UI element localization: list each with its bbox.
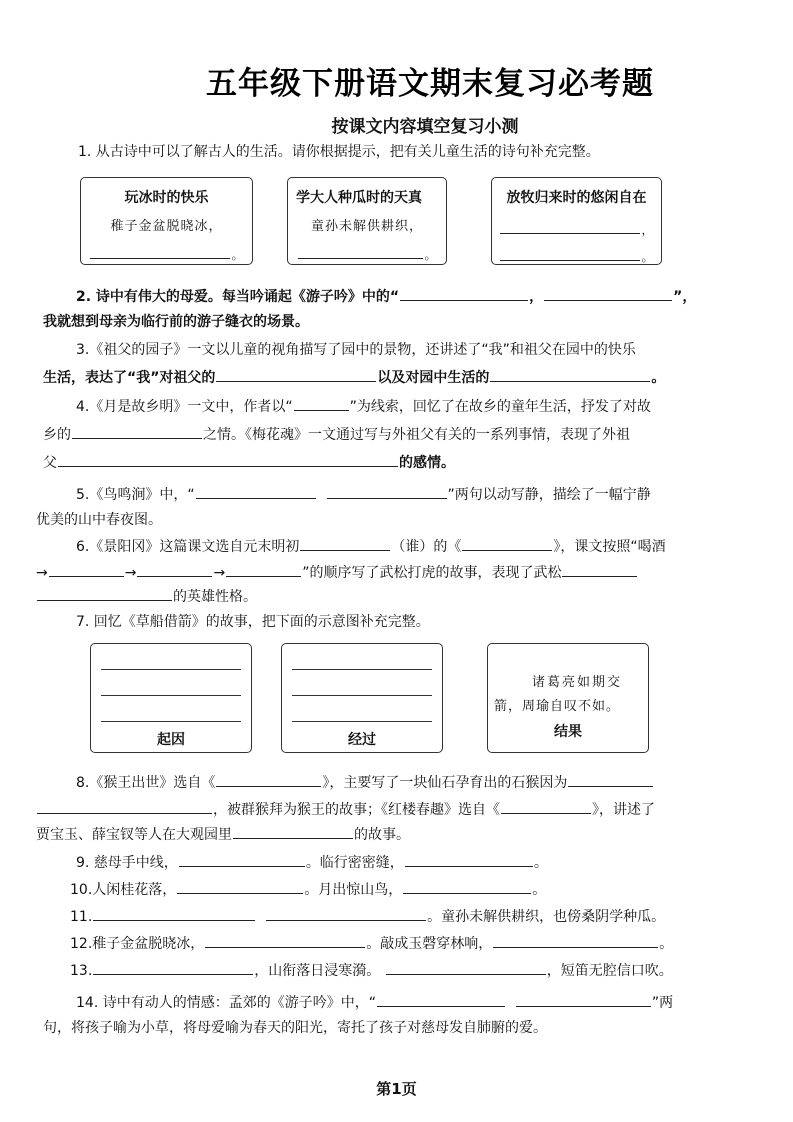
answer-line[interactable] [292, 669, 432, 670]
q13-text: ，山衔落日浸寒漪。 [254, 963, 380, 979]
answer-line[interactable] [101, 721, 241, 722]
question-4: 4.《月是故乡明》一文中，作者以“”为线索，回忆了在故乡的童年生活，抒发了对故 [76, 396, 651, 417]
answer-blank[interactable] [196, 484, 316, 499]
answer-blank[interactable] [37, 586, 172, 601]
question-8-cont2: 贾宝玉、薛宝钗等人在大观园里的故事。 [36, 824, 410, 845]
question-6-cont: →→→”的顺序写了武松打虎的故事，表现了武松 [36, 562, 638, 583]
answer-blank[interactable] [137, 562, 212, 577]
answer-blank[interactable] [72, 424, 202, 439]
question-14: 14. 诗中有动人的情感：孟郊的《游子吟》中，“ ”两 [76, 992, 673, 1013]
answer-blank[interactable] [37, 799, 212, 814]
answer-blank[interactable] [562, 562, 637, 577]
q3-text: 。 [651, 370, 665, 386]
answer-blank[interactable] [300, 536, 390, 551]
answer-blank[interactable] [405, 852, 533, 867]
answer-line[interactable] [101, 695, 241, 696]
question-13: 13.，山衔落日浸寒漪。 ，短笛无腔信口吹。 [70, 960, 673, 981]
question-5-cont: 优美的山中春夜图。 [36, 510, 162, 530]
answer-blank[interactable] [226, 562, 301, 577]
question-8: 8.《猴王出世》选自《》，主要写了一块仙石孕育出的石猴因为 [76, 772, 654, 793]
q4-text: 4.《月是故乡明》一文中，作者以“ [76, 399, 293, 415]
question-7-prompt: 7. 回忆《草船借箭》的故事，把下面的示意图补充完整。 [76, 612, 430, 632]
answer-blank[interactable] [500, 219, 640, 234]
q8-text: 贾宝玉、薛宝钗等人在大观园里 [36, 827, 232, 843]
answer-blank[interactable] [205, 933, 365, 948]
answer-blank[interactable] [93, 906, 255, 921]
question-3: 3.《祖父的园子》一文以儿童的视角描写了园中的景物，还讲述了“我”和祖父在园中的… [76, 340, 636, 360]
q4-text: 乡的 [43, 427, 71, 443]
answer-blank[interactable] [462, 536, 552, 551]
box-label: 经过 [282, 729, 442, 749]
q12-text: 。 [659, 936, 673, 952]
page-subtitle: 按课文内容填空复习小测 [0, 112, 793, 137]
q5-text: ”两句以动写静，描绘了一幅宁静 [448, 487, 651, 503]
question-5: 5.《鸟鸣涧》中，“ ”两句以动写静，描绘了一幅宁静 [76, 484, 651, 505]
question-4-cont2: 父的感情。 [43, 452, 455, 473]
answer-blank[interactable] [298, 244, 423, 259]
q6-text: ”的顺序写了武松打虎的故事，表现了武松 [302, 565, 561, 581]
answer-blank[interactable] [493, 933, 658, 948]
q6-text: 6.《景阳冈》这篇课文选自元末明初 [76, 539, 299, 555]
period-mark: 。 [424, 248, 436, 262]
q2-text: 2. 诗中有伟大的母爱。每当吟诵起《游子吟》中的“ [76, 289, 399, 305]
q12-text: 。敲成玉磬穿林响， [366, 936, 492, 952]
answer-blank[interactable] [400, 286, 528, 301]
q9-text: 9. 慈母手中线， [76, 855, 178, 871]
answer-blank[interactable] [216, 772, 321, 787]
q3-text: 以及对园中生活的 [377, 370, 489, 386]
period-mark: 。 [231, 248, 243, 262]
q14-text: 14. 诗中有动人的情感：孟郊的《游子吟》中，“ [76, 995, 376, 1011]
q5-text: 5.《鸟鸣涧》中，“ [76, 487, 195, 503]
arrow-icon: → [36, 565, 48, 581]
box-label: 起因 [91, 729, 251, 749]
question-8-cont: ，被群猴拜为猴王的故事；《红楼春趣》选自《》，讲述了 [36, 799, 655, 820]
arrow-icon: → [125, 565, 137, 581]
answer-blank[interactable] [294, 396, 349, 411]
q4-text: 的感情。 [399, 455, 455, 471]
answer-blank[interactable] [327, 484, 447, 499]
answer-blank[interactable] [90, 244, 230, 259]
question-11: 11. 。童孙未解供耕织，也傍桑阴学种瓜。 [70, 906, 665, 927]
q14-text: ”两 [652, 995, 673, 1011]
question-2-cont: 我就想到母亲为临行前的游子缝衣的场景。 [43, 312, 309, 332]
q8-text: 》，主要写了一块仙石孕育出的石猴因为 [322, 775, 567, 791]
period-mark: 。 [641, 250, 653, 264]
answer-blank[interactable] [490, 367, 650, 382]
box-title: 放牧归来时的悠闲自在 [492, 187, 661, 207]
answer-blank[interactable] [49, 562, 124, 577]
answer-blank[interactable] [500, 246, 640, 261]
answer-blank[interactable] [568, 772, 653, 787]
q6-text: 》，课文按照“喝酒 [553, 539, 665, 555]
q11-text: 11. [70, 909, 92, 925]
question-6: 6.《景阳冈》这篇课文选自元末明初（谁）的《》，课文按照“喝酒 [76, 536, 666, 557]
box-title: 学大人种瓜时的天真 [288, 187, 446, 207]
answer-blank[interactable] [93, 960, 253, 975]
question-12: 12.稚子金盆脱晓冰，。敲成玉磬穿林响，。 [70, 933, 673, 954]
q2-text: ”， [673, 289, 696, 305]
q10-text: 10.人闲桂花落， [70, 882, 176, 898]
answer-blank[interactable] [377, 992, 505, 1007]
result-text-line2: 箭，周瑜自叹不如。 [494, 695, 620, 714]
q11-text: 。童孙未解供耕织，也傍桑阴学种瓜。 [427, 909, 665, 925]
q13-text: ，短笛无腔信口吹。 [547, 963, 673, 979]
question-3-cont: 生活，表达了“我”对祖父的以及对园中生活的。 [43, 367, 665, 388]
comma-mark: ， [641, 223, 653, 237]
q1-box-herding: 放牧归来时的悠闲自在 ， 。 [491, 177, 662, 265]
q13-text: 13. [70, 963, 92, 979]
q4-text: 之情。《梅花魂》一文通过写与外祖父有关的一系列事情，表现了外祖 [203, 427, 630, 443]
question-14-cont: 句，将孩子喻为小草，将母爱喻为春天的阳光，寄托了孩子对慈母发自肺腑的爱。 [43, 1018, 547, 1038]
answer-blank[interactable] [233, 824, 353, 839]
answer-blank[interactable] [266, 906, 426, 921]
q2-comma: ， [529, 289, 543, 305]
answer-blank[interactable] [58, 452, 398, 467]
q4-text: ”为线索，回忆了在故乡的童年生活，抒发了对故 [350, 399, 651, 415]
q7-box-result: 诸葛亮如期交 箭，周瑜自叹不如。 结果 [487, 643, 649, 753]
answer-blank[interactable] [501, 799, 591, 814]
answer-line[interactable] [101, 669, 241, 670]
arrow-icon: → [213, 565, 225, 581]
question-10: 10.人闲桂花落，。月出惊山鸟，。 [70, 879, 546, 900]
q6-text: 的英雄性格。 [173, 589, 257, 605]
answer-blank[interactable] [216, 367, 376, 382]
question-6-cont2: 的英雄性格。 [36, 586, 257, 607]
question-2: 2. 诗中有伟大的母爱。每当吟诵起《游子吟》中的“，”， [76, 286, 696, 307]
answer-blank[interactable] [403, 879, 531, 894]
q12-text: 12.稚子金盆脱晓冰， [70, 936, 204, 952]
q6-text: （谁）的《 [391, 539, 461, 555]
q1-box-melon: 学大人种瓜时的天真 童孙未解供耕织， 。 [287, 177, 447, 265]
q7-box-process: 经过 [281, 643, 443, 753]
page-number: 第1页 [0, 1078, 793, 1099]
q3-text: 生活，表达了“我”对祖父的 [43, 370, 215, 386]
answer-blank[interactable] [516, 992, 651, 1007]
box-label: 结果 [488, 721, 648, 741]
page-title: 五年级下册语文期末复习必考题 [0, 58, 793, 103]
question-1-prompt: 1. 从古诗中可以了解古人的生活。请你根据提示，把有关儿童生活的诗句补充完整。 [78, 142, 600, 162]
answer-blank[interactable] [177, 879, 303, 894]
question-9: 9. 慈母手中线，。临行密密缝，。 [76, 852, 548, 873]
question-4-cont: 乡的之情。《梅花魂》一文通过写与外祖父有关的一系列事情，表现了外祖 [43, 424, 630, 445]
answer-blank[interactable] [544, 286, 672, 301]
answer-blank[interactable] [386, 960, 546, 975]
q1-box-ice: 玩冰时的快乐 稚子金盆脱晓冰， 。 [80, 177, 253, 265]
answer-line[interactable] [292, 695, 432, 696]
result-text-line1: 诸葛亮如期交 [532, 671, 622, 690]
box-title: 玩冰时的快乐 [81, 187, 252, 207]
q8-text: ，被群猴拜为猴王的故事；《红楼春趣》选自《 [213, 802, 500, 818]
q8-text: 8.《猴王出世》选自《 [76, 775, 215, 791]
box-poem-line: 童孙未解供耕织， [288, 215, 446, 234]
q10-text: 。 [532, 882, 546, 898]
box-poem-line: 稚子金盆脱晓冰， [81, 215, 252, 234]
q4-text: 父 [43, 455, 57, 471]
q7-box-cause: 起因 [90, 643, 252, 753]
answer-line[interactable] [292, 721, 432, 722]
q9-text: 。临行密密缝， [306, 855, 404, 871]
answer-blank[interactable] [179, 852, 305, 867]
q9-text: 。 [534, 855, 548, 871]
q10-text: 。月出惊山鸟， [304, 882, 402, 898]
q8-text: 的故事。 [354, 827, 410, 843]
q8-text: 》，讲述了 [592, 802, 655, 818]
